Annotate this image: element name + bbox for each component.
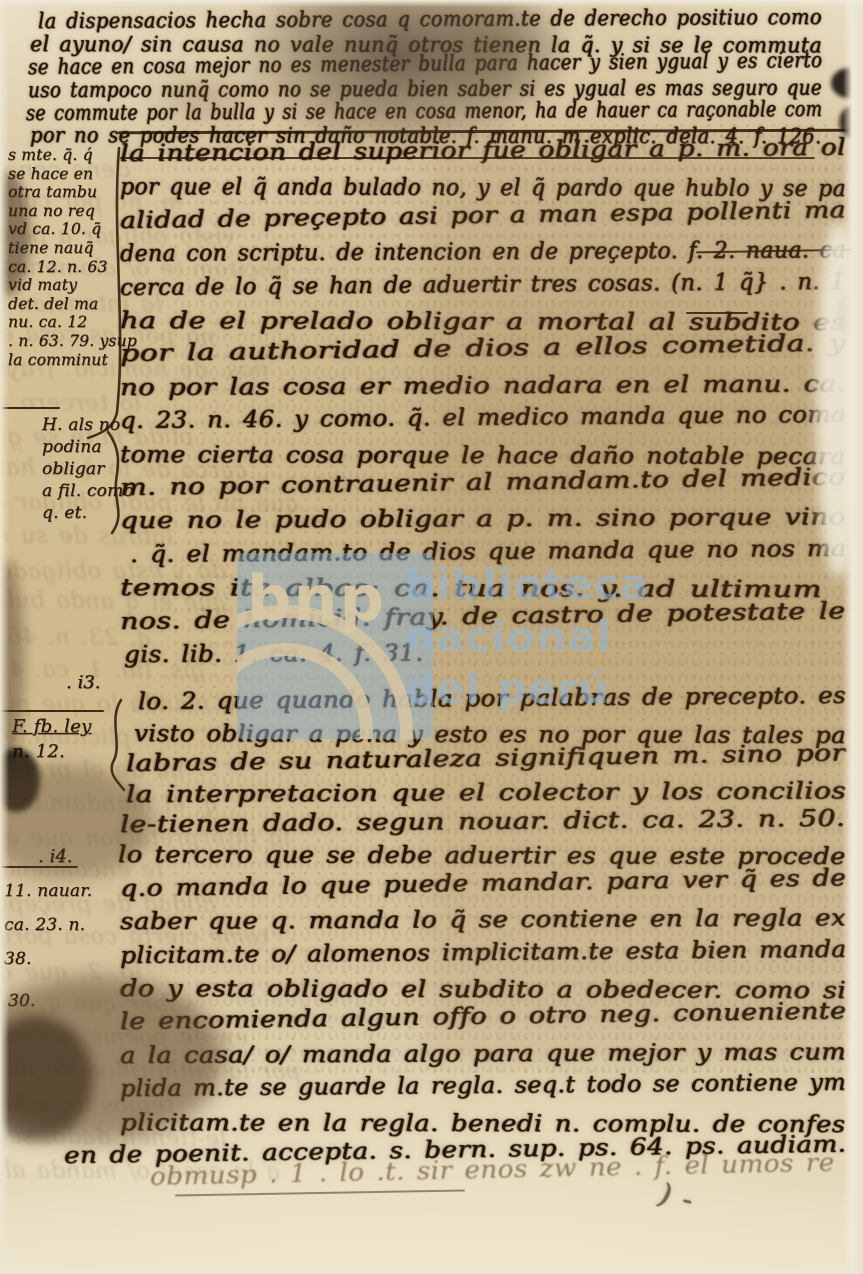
- margin-note-line: 38.: [4, 942, 92, 976]
- margin-note-line: H. als no: [42, 414, 134, 436]
- margin-note-line: s mte. q̃. q́: [8, 146, 137, 165]
- watermark-text-line: del perú: [405, 663, 649, 715]
- watermark-text: bibliotecanacionaldel perú: [405, 559, 649, 715]
- margin-note-4: 11. nauar.ca. 23. n.38.: [4, 874, 92, 976]
- margin-note-line: otra tambu: [8, 183, 137, 202]
- page-edge: [0, 0, 9, 1274]
- margin-divider-rule: [2, 407, 60, 409]
- page-edge: [0, 0, 863, 7]
- margin-note-line: nu. ca. 12: [8, 313, 137, 332]
- faint-reversed-line: obmusp . 1 . lo .t. sir enos zw ne . f. …: [150, 1148, 835, 1192]
- margin-note-line: q. et.: [42, 502, 134, 524]
- manuscript-line: plicitam.te en la regla. benedi n. compl…: [120, 1108, 846, 1140]
- watermark-text-line: nacional: [405, 611, 649, 663]
- margin-note-line: la comminut: [8, 351, 137, 370]
- margin-note-line: se hace en: [8, 165, 137, 184]
- margin-note-line: det. del ma: [8, 295, 137, 314]
- margin-note-line: F. fb. ley: [12, 714, 91, 739]
- margin-note-line: ca. 23. n.: [4, 908, 92, 942]
- stray-ink-mark: ) -: [656, 1178, 696, 1215]
- margin-note-line: obligar: [42, 458, 134, 480]
- bnp-logo: bnp: [237, 553, 433, 739]
- ink-stain: [118, 52, 288, 144]
- margin-marker-13: . i3.: [66, 672, 100, 693]
- watermark-text-line: biblioteca: [405, 559, 649, 611]
- margin-note-line: 11. nauar.: [4, 874, 92, 908]
- margin-note-line: podina: [42, 436, 134, 458]
- margin-note-2: H. als nopodinaobligara fil. comoq. et.: [42, 414, 134, 524]
- clean-paper-area: [0, 1188, 863, 1274]
- margin-note-line: vid maty: [8, 276, 137, 295]
- margin-note-line: . n. 63. 79. ysup: [8, 332, 137, 351]
- manuscript-page-scan: dena con scriptu. de intencion en de pre…: [0, 0, 863, 1274]
- page-edge: [843, 0, 863, 1274]
- margin-note-line: a fil. como: [42, 480, 134, 502]
